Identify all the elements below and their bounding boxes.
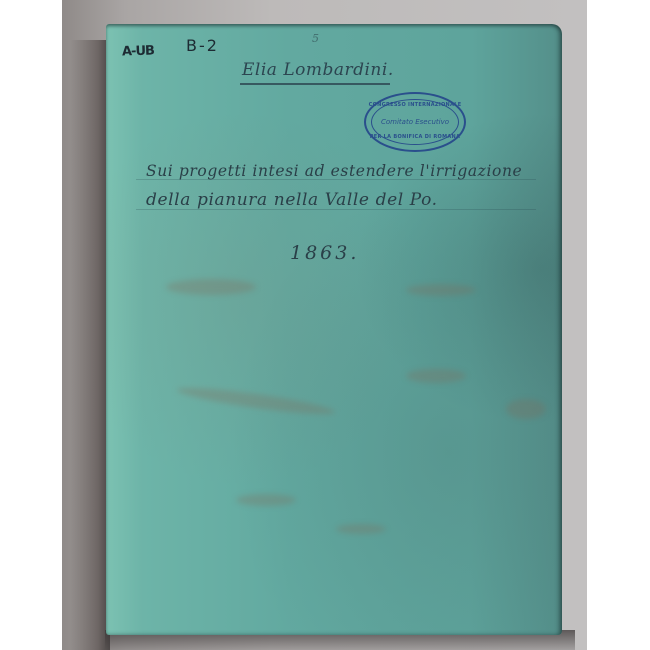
corner-pencil-mark: 5 — [312, 32, 319, 45]
stain — [406, 284, 476, 296]
title-line-2: della pianura nella Valle del Po. — [146, 190, 438, 210]
stain — [336, 524, 386, 534]
stain — [166, 279, 256, 295]
stain — [176, 383, 336, 419]
cover-shadow-left — [70, 40, 110, 650]
publication-year: 1863. — [290, 242, 359, 264]
stamp-middle-text: Comitato Esecutivo — [366, 118, 464, 126]
stain — [236, 494, 296, 506]
stain — [506, 399, 546, 419]
stamp-top-text: CONGRESSO INTERNAZIONALE — [366, 102, 464, 108]
author-name: Elia Lombardini. — [242, 60, 394, 80]
shelf-mark: B-2 — [186, 36, 219, 55]
institution-stamp: CONGRESSO INTERNAZIONALE Comitato Esecut… — [364, 92, 466, 152]
pamphlet-cover: A-UB B-2 5 Elia Lombardini. CONGRESSO IN… — [106, 24, 562, 635]
title-line-1: Sui progetti intesi ad estendere l'irrig… — [146, 162, 522, 180]
stamp-bottom-text: PER LA BONIFICA DI ROMANA — [366, 134, 464, 140]
inventory-code: A-UB — [122, 43, 154, 59]
stain — [406, 369, 466, 383]
author-underline — [240, 83, 390, 85]
